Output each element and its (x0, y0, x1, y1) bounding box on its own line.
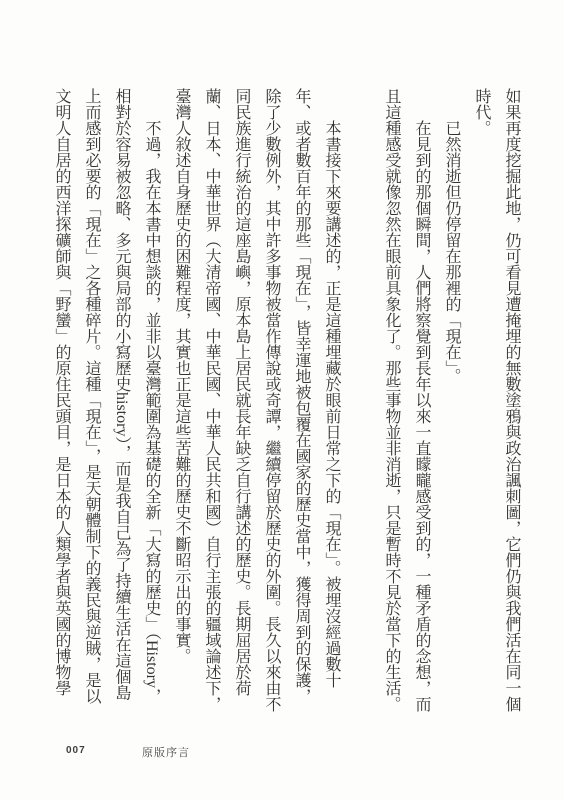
book-page: 如果再度挖掘此地，仍可看見遭掩埋的無數塗鴉與政治諷刺圖，它們仍與我們活在同一個時… (0, 0, 564, 800)
paragraph: 已然消逝但仍停留在那裡的「現在」。 (436, 88, 466, 712)
section-title: 原版序言 (142, 744, 190, 760)
paragraph: 本書接下來要講述的，正是這種埋藏於眼前日常之下的「現在」。被埋沒經過數十年、或者… (166, 88, 346, 712)
page-footer: 007 原版序言 (0, 744, 564, 760)
page-body-text: 如果再度挖掘此地，仍可看見遭掩埋的無數塗鴉與政治諷刺圖，它們仍與我們活在同一個時… (46, 88, 526, 712)
paragraph-continuation: 如果再度挖掘此地，仍可看見遭掩埋的無數塗鴉與政治諷刺圖，它們仍與我們活在同一個時… (466, 88, 526, 712)
paragraph: 在見到的那個瞬間，人們將察覺到長年以來一直矇矓感受到的，一種矛盾的念想，而且這種… (376, 88, 436, 712)
page-number: 007 (66, 745, 86, 756)
paragraph: 不過，我在本書中想談的，並非以臺灣範圍為基礎的全新「大寫的歷史」（History… (46, 88, 166, 712)
